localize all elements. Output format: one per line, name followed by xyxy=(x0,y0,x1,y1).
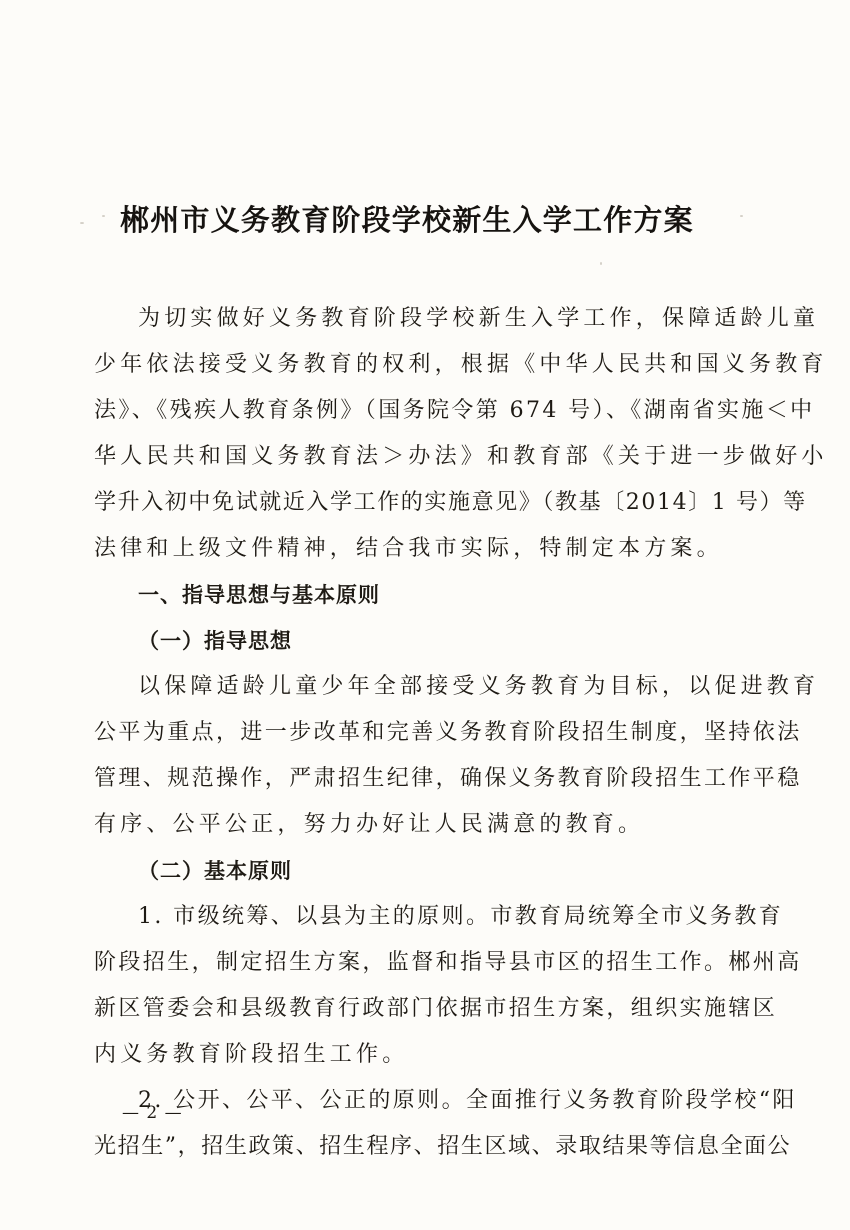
scan-speck xyxy=(80,222,84,224)
body-line: 管理、规范操作，严肃招生纪律，确保义务教育阶段招生工作平稳 xyxy=(94,756,758,802)
body-line: 法律和上级文件精神，结合我市实际，特制定本方案。 xyxy=(94,526,758,572)
body-line: 法》、《残疾人教育条例》（国务院令第 674 号）、《湖南省实施＜中 xyxy=(94,388,758,434)
scan-speck xyxy=(95,1135,100,1137)
body-line: 学升入初中免试就近入学工作的实施意见》（教基〔2014〕1 号）等 xyxy=(94,480,758,526)
body-line: 内义务教育阶段招生工作。 xyxy=(94,1032,758,1078)
body-line: 2. 公开、公平、公正的原则。全面推行义务教育阶段学校“阳 xyxy=(94,1078,758,1124)
scan-speck xyxy=(600,262,602,265)
document-page: 郴州市义务教育阶段学校新生入学工作方案 为切实做好义务教育阶段学校新生入学工作，… xyxy=(0,0,850,1230)
subsection-heading: （二）基本原则 xyxy=(94,848,758,894)
subsection-heading: （一）指导思想 xyxy=(94,618,758,664)
section-heading: 一、指导思想与基本原则 xyxy=(94,572,758,618)
body-line: 新区管委会和县级教育行政部门依据市招生方案，组织实施辖区 xyxy=(94,986,758,1032)
document-body: 为切实做好义务教育阶段学校新生入学工作，保障适龄儿童 少年依法接受义务教育的权利… xyxy=(94,296,758,1170)
body-line: 华人民共和国义务教育法＞办法》和教育部《关于进一步做好小 xyxy=(94,434,758,480)
page-number: — 2 — xyxy=(122,1103,183,1123)
body-line: 光招生”，招生政策、招生程序、招生区域、录取结果等信息全面公 xyxy=(94,1124,758,1170)
body-line: 为切实做好义务教育阶段学校新生入学工作，保障适龄儿童 xyxy=(94,296,758,342)
body-line: 阶段招生，制定招生方案，监督和指导县市区的招生工作。郴州高 xyxy=(94,940,758,986)
document-title: 郴州市义务教育阶段学校新生入学工作方案 xyxy=(120,198,740,239)
body-line: 公平为重点，进一步改革和完善义务教育阶段招生制度，坚持依法 xyxy=(94,710,758,756)
body-line: 有序、公平公正，努力办好让人民满意的教育。 xyxy=(94,802,758,848)
scan-speck xyxy=(102,215,105,217)
body-line: 少年依法接受义务教育的权利，根据《中华人民共和国义务教育 xyxy=(94,342,758,388)
body-line: 1. 市级统筹、以县为主的原则。市教育局统筹全市义务教育 xyxy=(94,894,758,940)
body-line: 以保障适龄儿童少年全部接受义务教育为目标，以促进教育 xyxy=(94,664,758,710)
scan-speck xyxy=(740,215,743,217)
